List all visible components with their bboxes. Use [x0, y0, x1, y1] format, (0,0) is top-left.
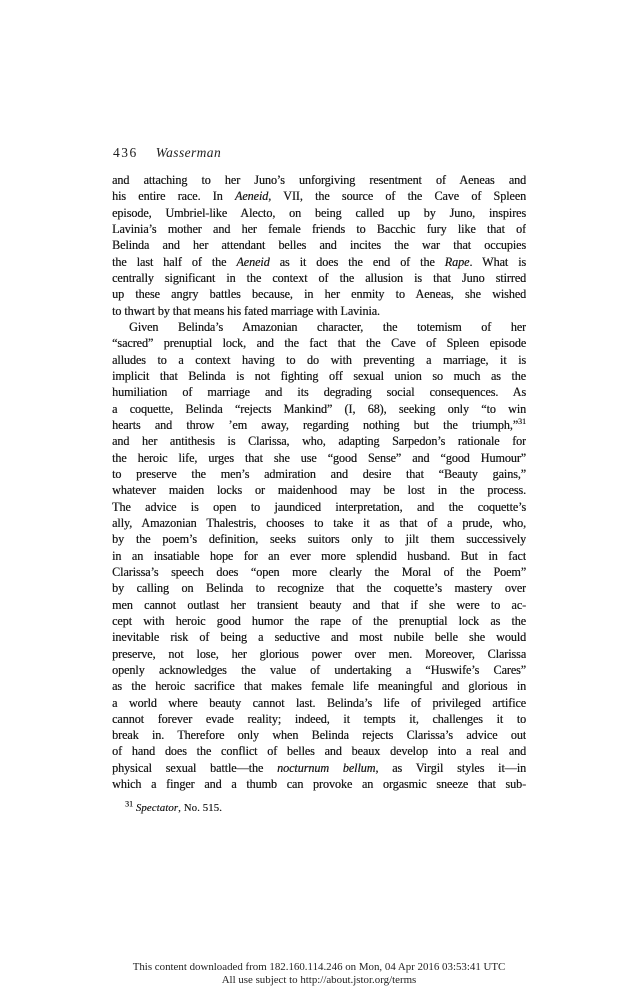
text-line: whatever maiden locks or maidenhood may …	[112, 482, 526, 498]
jstor-footer: This content downloaded from 182.160.114…	[0, 961, 638, 987]
text-line: a coquette, Belinda “rejects Mankind” (I…	[112, 401, 526, 417]
text-line: alludes to a context having to do with p…	[112, 352, 526, 368]
text-line: humiliation of marriage and its degradin…	[112, 384, 526, 400]
text-line: and attaching to her Juno’s unforgiving …	[112, 172, 526, 188]
text-line: inevitable risk of being a seductive and…	[112, 629, 526, 645]
text-line: “sacred” prenuptial lock, and the fact t…	[112, 335, 526, 351]
text-line: implicit that Belinda is not fighting of…	[112, 368, 526, 384]
text-line: openly acknowledges the value of underta…	[112, 662, 526, 678]
text-line: Clarissa’s speech does “open more clearl…	[112, 564, 526, 580]
text-line: up these angry battles because, in her e…	[112, 286, 526, 302]
text-line: break in. Therefore only when Belinda re…	[112, 727, 526, 743]
text-line: preserve, not lose, her glorious power o…	[112, 646, 526, 662]
terms-info: All use subject to http://about.jstor.or…	[0, 974, 638, 987]
footnote-text: 31 Spectator, No. 515.	[125, 802, 222, 814]
text-line: to preserve the men’s admiration and des…	[112, 466, 526, 482]
text-line: by the poem’s definition, seeks suitors …	[112, 531, 526, 547]
text-line: ally, Amazonian Thalestris, chooses to t…	[112, 515, 526, 531]
body-text: and attaching to her Juno’s unforgiving …	[112, 172, 526, 792]
text-line: cannot forever evade reality; indeed, it…	[112, 711, 526, 727]
text-line: his entire race. In Aeneid, VII, the sou…	[112, 188, 526, 204]
text-line: of hand does the conflict of belles and …	[112, 743, 526, 759]
text-line: Belinda and her attendant belles and inc…	[112, 237, 526, 253]
page-header: 436Wasserman	[113, 145, 221, 161]
text-line: the heroic life, urges that she use “goo…	[112, 450, 526, 466]
document-page: 436Wasserman and attaching to her Juno’s…	[0, 0, 638, 993]
text-line: Lavinia’s mother and her female friends …	[112, 221, 526, 237]
text-line: the last half of the Aeneid as it does t…	[112, 254, 526, 270]
text-line: episode, Umbriel-like Alecto, on being c…	[112, 205, 526, 221]
text-line: as the heroic sacrifice that makes femal…	[112, 678, 526, 694]
text-line: hearts and throw ’em away, regarding not…	[112, 417, 526, 433]
text-line: in an insatiable hope for an ever more s…	[112, 548, 526, 564]
text-line: cept with heroic good humor the rape of …	[112, 613, 526, 629]
text-line: The advice is open to jaundiced interpre…	[112, 499, 526, 515]
page-number: 436	[113, 145, 138, 160]
text-line: which a finger and a thumb can provoke a…	[112, 776, 526, 792]
running-title: Wasserman	[156, 145, 221, 160]
text-line: Given Belinda’s Amazonian character, the…	[112, 319, 526, 335]
text-line: centrally significant in the context of …	[112, 270, 526, 286]
text-line: by calling on Belinda to recognize that …	[112, 580, 526, 596]
footnote: 31 Spectator, No. 515.	[125, 802, 222, 814]
download-info: This content downloaded from 182.160.114…	[0, 961, 638, 974]
text-line: physical sexual battle—the nocturnum bel…	[112, 760, 526, 776]
text-line: men cannot outlast her transient beauty …	[112, 597, 526, 613]
text-line: to thwart by that means his fated marria…	[112, 303, 526, 319]
text-line: and her antithesis is Clarissa, who, ada…	[112, 433, 526, 449]
text-line: a world where beauty cannot last. Belind…	[112, 695, 526, 711]
